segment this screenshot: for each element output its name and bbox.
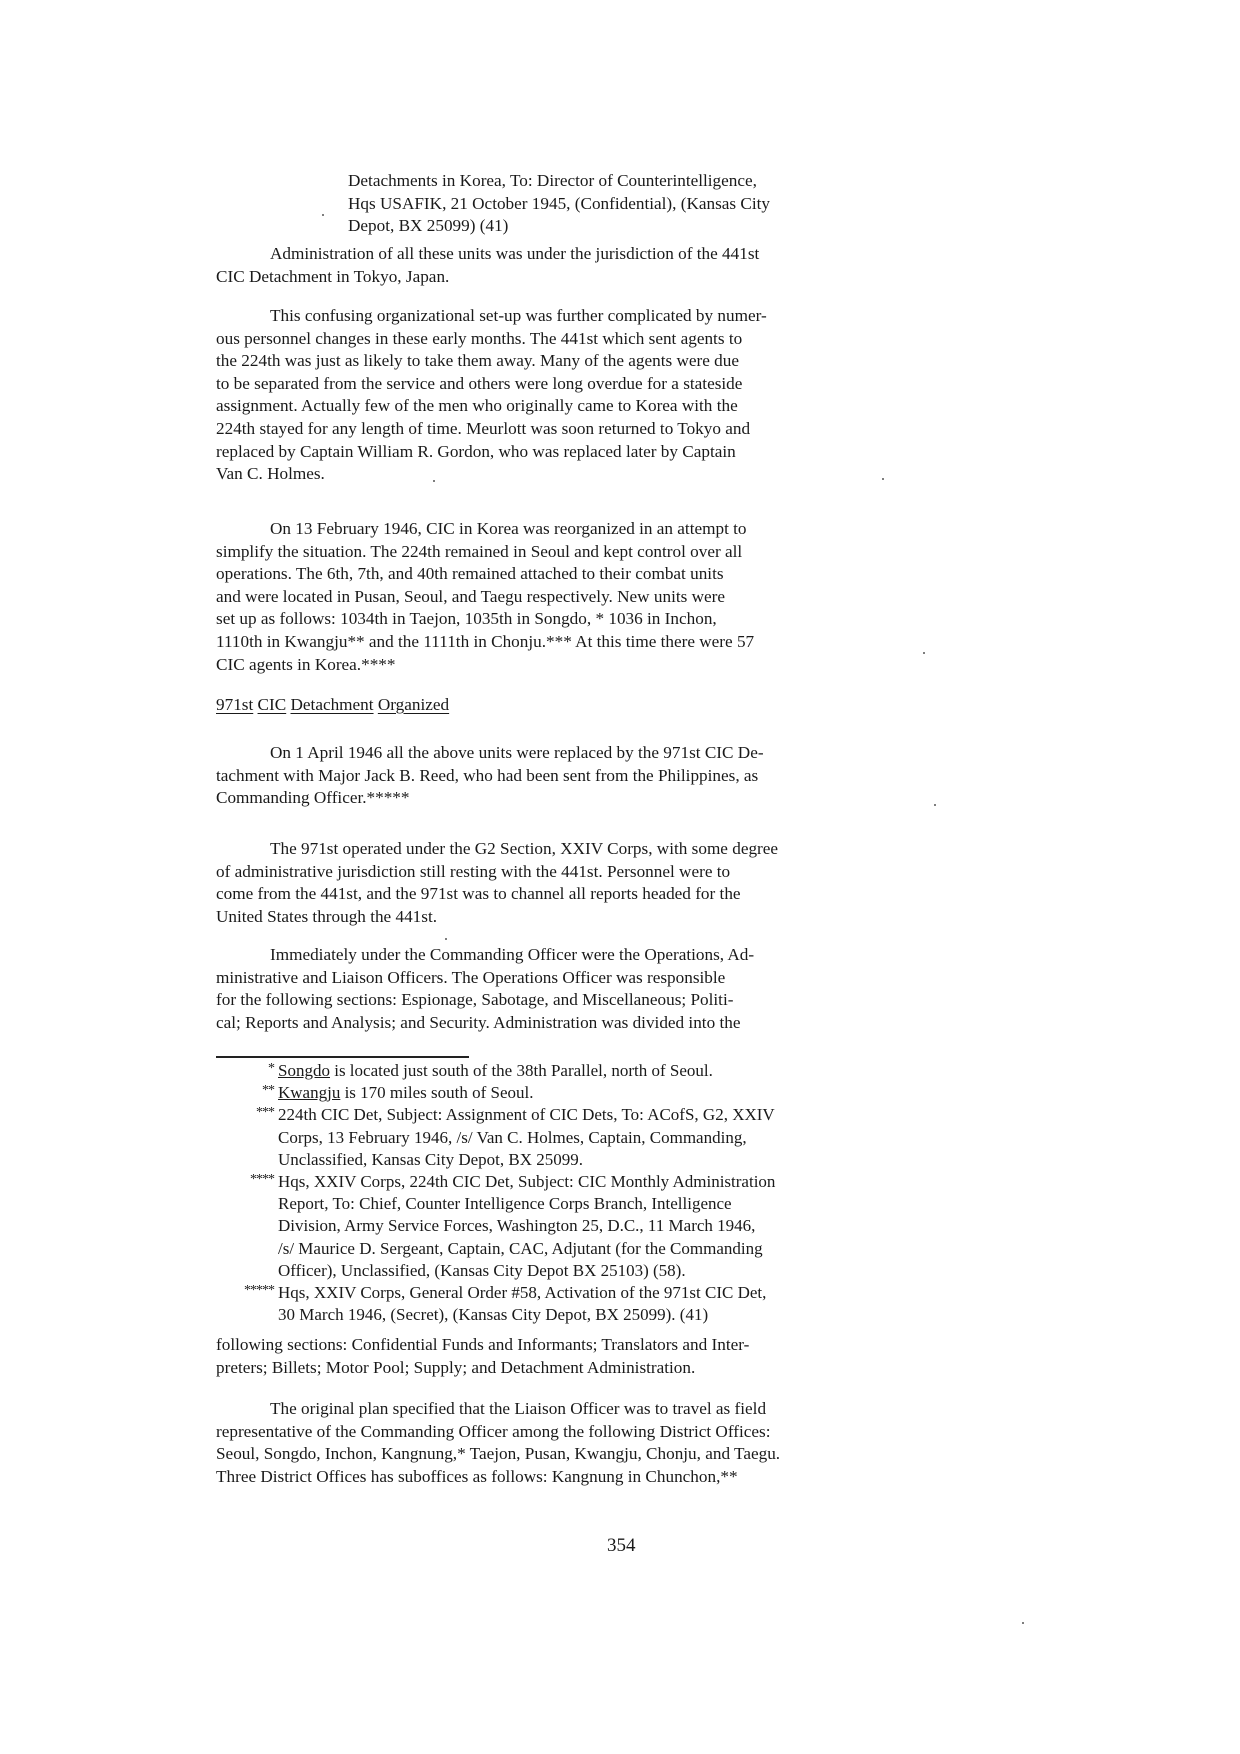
footnote-mark: ****	[216, 1169, 274, 1191]
scan-speck	[322, 214, 324, 216]
heading-word: Organized	[378, 695, 449, 714]
paragraph-line: On 13 February 1946, CIC in Korea was re…	[216, 518, 926, 541]
scan-speck	[1022, 1622, 1024, 1624]
footnote-underlined-term: Kwangju	[278, 1083, 340, 1102]
heading-word: Detachment	[291, 695, 374, 714]
paragraph-line: Seoul, Songdo, Inchon, Kangnung,* Taejon…	[216, 1443, 926, 1466]
paragraph-personnel-changes: This confusing organizational set-up was…	[216, 305, 926, 486]
footnote-line: is 170 miles south of Seoul.	[345, 1083, 534, 1102]
footnote-3: *** 224th CIC Det, Subject: Assignment o…	[216, 1104, 946, 1171]
section-heading: 971st CIC Detachment Organized	[216, 695, 449, 715]
scan-speck	[923, 652, 925, 654]
paragraph-administration: Administration of all these units was un…	[216, 243, 926, 288]
paragraph-g2-section: The 971st operated under the G2 Section,…	[216, 838, 926, 928]
footnote-line: Division, Army Service Forces, Washingto…	[278, 1215, 946, 1237]
paragraph-line: replaced by Captain William R. Gordon, w…	[216, 441, 926, 464]
paragraph-line: Administration of all these units was un…	[216, 243, 926, 266]
footnote-line: 224th CIC Det, Subject: Assignment of CI…	[278, 1104, 946, 1126]
paragraph-line: Three District Offices has suboffices as…	[216, 1466, 926, 1489]
paragraph-line: ous personnel changes in these early mon…	[216, 328, 926, 351]
footnote-mark: *****	[216, 1280, 274, 1302]
footnote-underlined-term: Songdo	[278, 1061, 330, 1080]
paragraph-line: Commanding Officer.*****	[216, 787, 926, 810]
paragraph-line: simplify the situation. The 224th remain…	[216, 541, 926, 564]
footnote-line: 30 March 1946, (Secret), (Kansas City De…	[278, 1304, 946, 1326]
citation-continuation: Detachments in Korea, To: Director of Co…	[348, 170, 928, 238]
paragraph-971st-activation: On 1 April 1946 all the above units were…	[216, 742, 926, 810]
paragraph-officers: Immediately under the Commanding Officer…	[216, 944, 926, 1034]
footnote-5: ***** Hqs, XXIV Corps, General Order #58…	[216, 1282, 946, 1326]
footnote-line: Officer), Unclassified, (Kansas City Dep…	[278, 1260, 946, 1282]
footnote-line: Report, To: Chief, Counter Intelligence …	[278, 1193, 946, 1215]
paragraph-line: 1110th in Kwangju** and the 1111th in Ch…	[216, 631, 926, 654]
paragraph-line: tachment with Major Jack B. Reed, who ha…	[216, 765, 926, 788]
citation-line: Hqs USAFIK, 21 October 1945, (Confidenti…	[348, 193, 928, 216]
footnote-4: **** Hqs, XXIV Corps, 224th CIC Det, Sub…	[216, 1171, 946, 1282]
scan-speck	[433, 480, 435, 482]
footnote-line: Hqs, XXIV Corps, General Order #58, Acti…	[278, 1282, 946, 1304]
paragraph-line: representative of the Commanding Officer…	[216, 1421, 926, 1444]
paragraph-line: On 1 April 1946 all the above units were…	[216, 742, 926, 765]
paragraph-line: to be separated from the service and oth…	[216, 373, 926, 396]
scan-speck	[445, 938, 447, 940]
paragraph-administration-sections: following sections: Confidential Funds a…	[216, 1334, 926, 1379]
heading-word: 971st	[216, 695, 253, 714]
footnote-line: Unclassified, Kansas City Depot, BX 2509…	[278, 1149, 946, 1171]
paragraph-line: following sections: Confidential Funds a…	[216, 1334, 926, 1357]
document-page: Detachments in Korea, To: Director of Co…	[0, 0, 1240, 1754]
citation-line: Detachments in Korea, To: Director of Co…	[348, 170, 928, 193]
paragraph-line: preters; Billets; Motor Pool; Supply; an…	[216, 1357, 926, 1380]
paragraph-reorganization: On 13 February 1946, CIC in Korea was re…	[216, 518, 926, 676]
footnotes: * Songdo is located just south of the 38…	[216, 1060, 946, 1326]
footnote-2: ** Kwangju is 170 miles south of Seoul.	[216, 1082, 946, 1104]
paragraph-line: The 971st operated under the G2 Section,…	[216, 838, 926, 861]
footnote-mark: **	[216, 1080, 274, 1102]
paragraph-line: The original plan specified that the Lia…	[216, 1398, 926, 1421]
footnote-mark: *	[216, 1058, 274, 1080]
paragraph-line: the 224th was just as likely to take the…	[216, 350, 926, 373]
paragraph-line: CIC agents in Korea.****	[216, 654, 926, 677]
paragraph-line: assignment. Actually few of the men who …	[216, 395, 926, 418]
paragraph-line: for the following sections: Espionage, S…	[216, 989, 926, 1012]
scan-speck	[882, 478, 884, 480]
footnote-line: /s/ Maurice D. Sergeant, Captain, CAC, A…	[278, 1238, 946, 1260]
page-number: 354	[607, 1535, 636, 1557]
paragraph-line: Immediately under the Commanding Officer…	[216, 944, 926, 967]
paragraph-line: ministrative and Liaison Officers. The O…	[216, 967, 926, 990]
scan-speck	[934, 804, 936, 806]
paragraph-line: and were located in Pusan, Seoul, and Ta…	[216, 586, 926, 609]
paragraph-line: set up as follows: 1034th in Taejon, 103…	[216, 608, 926, 631]
footnote-line: is located just south of the 38th Parall…	[334, 1061, 713, 1080]
paragraph-liaison-plan: The original plan specified that the Lia…	[216, 1398, 926, 1488]
citation-line: Depot, BX 25099) (41)	[348, 215, 928, 238]
footnote-mark: ***	[216, 1102, 274, 1124]
paragraph-line: cal; Reports and Analysis; and Security.…	[216, 1012, 926, 1035]
paragraph-line: 224th stayed for any length of time. Meu…	[216, 418, 926, 441]
paragraph-line: CIC Detachment in Tokyo, Japan.	[216, 266, 926, 289]
footnote-1: * Songdo is located just south of the 38…	[216, 1060, 946, 1082]
heading-word: CIC	[258, 695, 287, 714]
paragraph-line: operations. The 6th, 7th, and 40th remai…	[216, 563, 926, 586]
paragraph-line: United States through the 441st.	[216, 906, 926, 929]
footnote-line: Corps, 13 February 1946, /s/ Van C. Holm…	[278, 1127, 946, 1149]
paragraph-line: This confusing organizational set-up was…	[216, 305, 926, 328]
paragraph-line: of administrative jurisdiction still res…	[216, 861, 926, 884]
paragraph-line: come from the 441st, and the 971st was t…	[216, 883, 926, 906]
footnote-line: Hqs, XXIV Corps, 224th CIC Det, Subject:…	[278, 1171, 946, 1193]
paragraph-line: Van C. Holmes.	[216, 463, 926, 486]
